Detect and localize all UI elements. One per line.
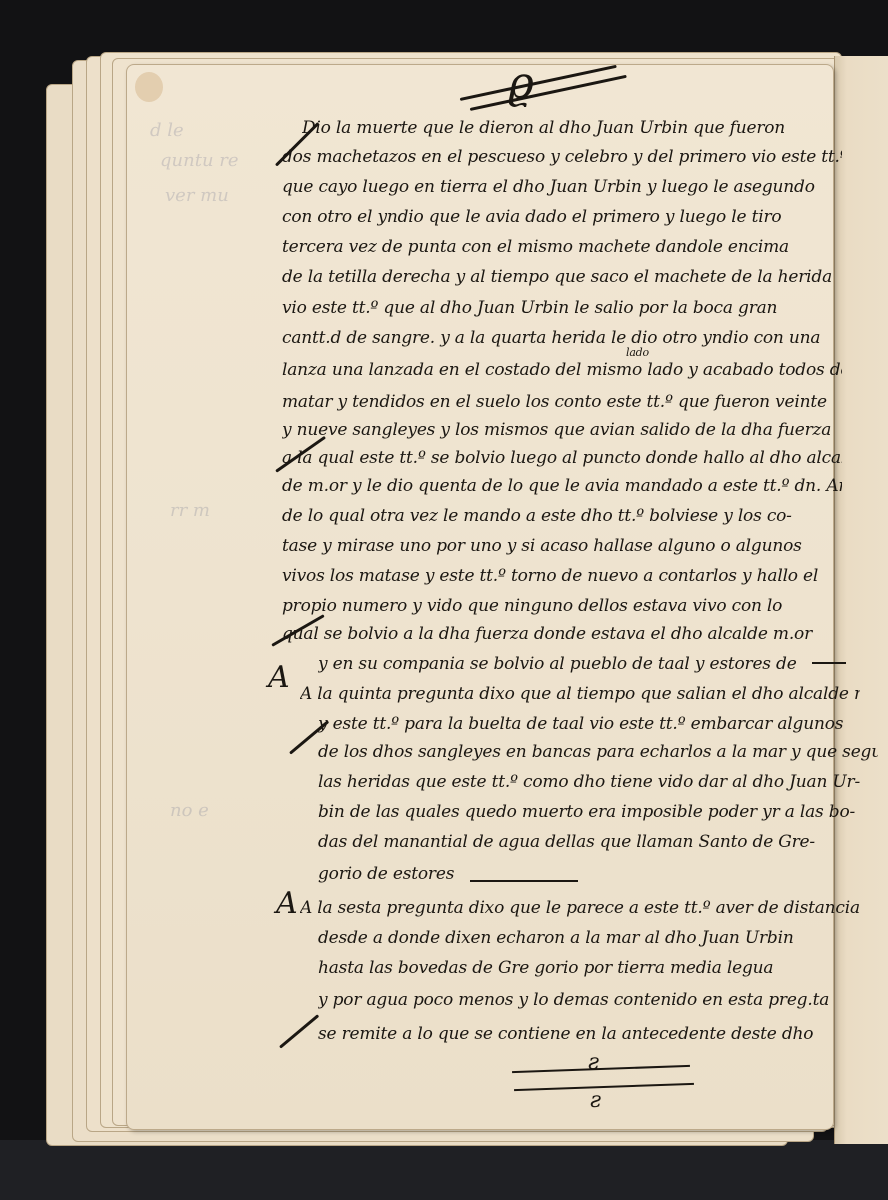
text-line: A la quinta pregunta dixo que al tiempo … [300, 684, 860, 704]
closing-flourish: ƨ [588, 1050, 599, 1075]
text-line: y este tt.º para la buelta de taal vio e… [318, 714, 878, 734]
header-flourish-loop: ϱ [508, 58, 534, 109]
text-line: propio numero y vido que ninguno dellos … [282, 596, 842, 616]
text-line: vio este tt.º que al dho Juan Urbin le s… [282, 298, 842, 318]
line-filler-rule [470, 880, 578, 882]
text-line: las heridas que este tt.º como dho tiene… [318, 772, 878, 792]
text-line: gorio de estores de [318, 864, 458, 884]
text-line: cantt.d de sangre. y a la quarta herida … [282, 328, 842, 348]
text-line: qual se bolvio a la dha fuerza donde est… [282, 624, 842, 644]
text-line: a la qual este tt.º se bolvio luego al p… [282, 448, 842, 468]
text-line: y por agua poco menos y lo demas conteni… [318, 990, 878, 1010]
text-line: lanza una lanzada en el costado del mism… [282, 360, 842, 380]
closing-flourish: ƨ [590, 1088, 601, 1113]
text-line: y en su compania se bolvio al pueblo de … [318, 654, 878, 674]
text-line: A la sesta pregunta dixo que le parece a… [300, 898, 860, 918]
text-line: se remite a lo que se contiene en la ant… [318, 1024, 878, 1044]
text-line: vivos los matase y este tt.º torno de nu… [282, 566, 842, 586]
text-line: de m.or y le dio quenta de lo que le avi… [282, 476, 842, 496]
interlinear-insert: lado [626, 346, 666, 359]
bleed-through-text: quntu re [160, 150, 239, 171]
text-line: hasta las bovedas de Gre gorio por tierr… [318, 958, 878, 978]
text-line: Dio la muerte que le dieron al dho Juan … [302, 118, 862, 138]
bleed-through-text: rr m [170, 500, 210, 521]
text-line: de lo qual otra vez le mando a este dho … [282, 506, 842, 526]
text-line: dos machetazos en el pescueso y celebro … [282, 147, 842, 167]
bleed-through-text: no e [170, 800, 209, 821]
text-line: que cayo luego en tierra el dho Juan Urb… [282, 177, 842, 197]
text-line: tercera vez de punta con el mismo machet… [282, 237, 842, 257]
bleed-through-text: ver mu [165, 185, 229, 206]
line-filler-rule [812, 662, 846, 664]
photo-backdrop [0, 1140, 888, 1200]
text-line: con otro el yndio que le avia dado el pr… [282, 207, 842, 227]
bleed-through-text: d le [150, 120, 184, 141]
text-line: bin de las quales quedo muerto era impos… [318, 802, 878, 822]
margin-paragraph-marker: A [276, 886, 298, 921]
water-stain [135, 72, 163, 102]
facing-page-edge [834, 56, 888, 1144]
text-line: desde a donde dixen echaron a la mar al … [318, 928, 878, 948]
text-line: de la tetilla derecha y al tiempo que sa… [282, 267, 842, 287]
text-line: y nueve sangleyes y los mismos que avian… [282, 420, 842, 440]
text-line: de los dhos sangleyes en bancas para ech… [318, 742, 878, 762]
text-line: das del manantial de agua dellas que lla… [318, 832, 878, 852]
text-line: tase y mirase uno por uno y si acaso hal… [282, 536, 842, 556]
text-line: matar y tendidos en el suelo los conto e… [282, 392, 842, 412]
margin-paragraph-marker: A [268, 660, 290, 695]
